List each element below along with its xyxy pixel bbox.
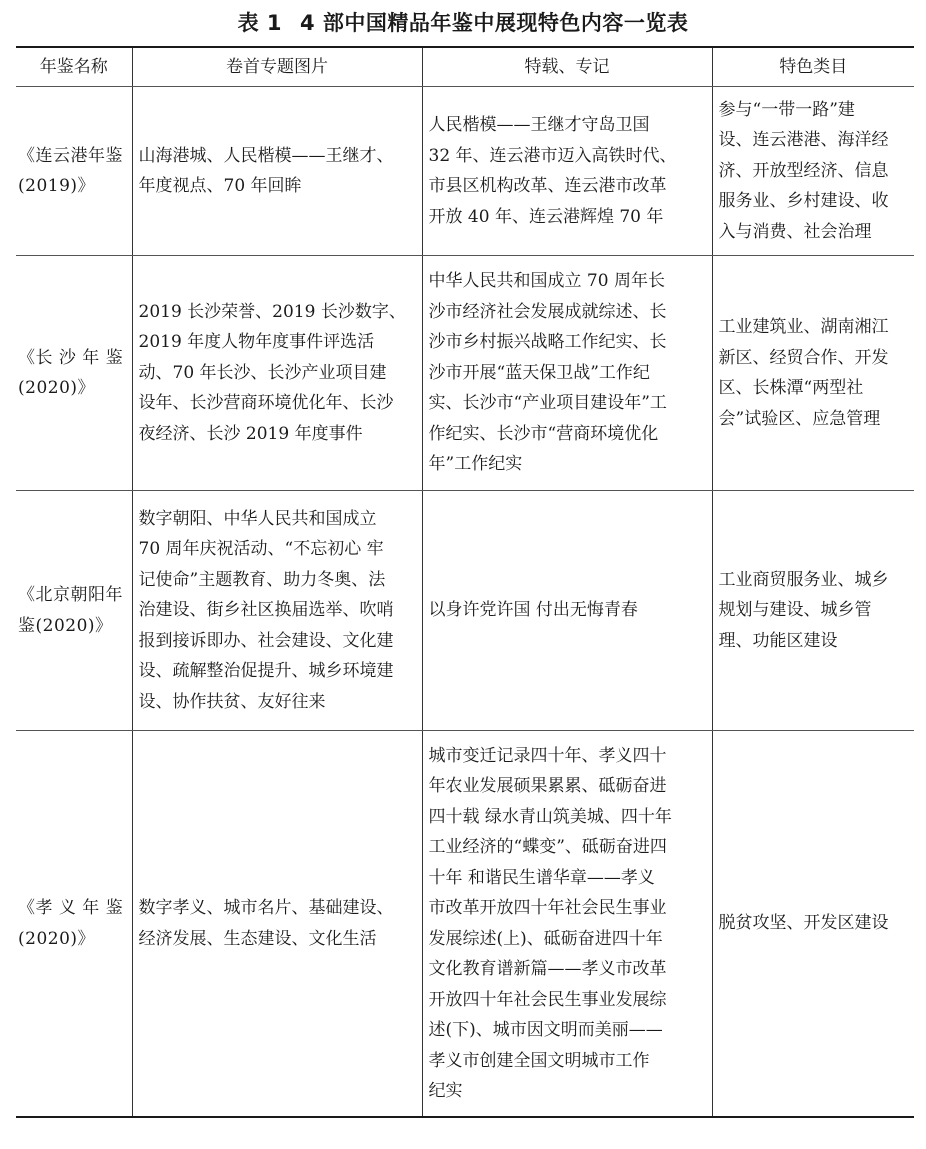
header-special-features: 特载、专记 <box>422 47 712 87</box>
features-cell: 城市变迁记录四十年、孝义四十 年农业发展硕果累累、砥砺奋进 四十载 绿水青山筑美… <box>422 731 712 1118</box>
categories-cell: 工业商贸服务业、城乡 规划与建设、城乡管 理、功能区建设 <box>712 491 914 731</box>
header-feature-categories: 特色类目 <box>712 47 914 87</box>
header-yearbook-name: 年鉴名称 <box>16 47 132 87</box>
yearbook-name-cell: 《连云港年鉴 (2019)》 <box>16 87 132 256</box>
categories-cell: 参与“一带一路”建 设、连云港港、海洋经 济、开放型经济、信息 服务业、乡村建设… <box>712 87 914 256</box>
table-row: 《长 沙 年 鉴 (2020)》 2019 长沙荣誉、2019 长沙数字、 20… <box>16 256 914 491</box>
table-row: 《北京朝阳年 鉴(2020)》 数字朝阳、中华人民共和国成立 70 周年庆祝活动… <box>16 491 914 731</box>
yearbook-name-cell: 《北京朝阳年 鉴(2020)》 <box>16 491 132 731</box>
yearbook-name-cell: 《长 沙 年 鉴 (2020)》 <box>16 256 132 491</box>
features-cell: 以身许党许国 付出无悔青春 <box>422 491 712 731</box>
pictures-cell: 2019 长沙荣誉、2019 长沙数字、 2019 年度人物年度事件评选活 动、… <box>132 256 422 491</box>
table-number: 表 1 <box>238 11 282 35</box>
categories-cell: 工业建筑业、湖南湘江 新区、经贸合作、开发 区、长株潭“两型社 会”试验区、应急… <box>712 256 914 491</box>
table-row: 《连云港年鉴 (2019)》 山海港城、人民楷模——王继才、 年度视点、70 年… <box>16 87 914 256</box>
yearbook-features-table: 年鉴名称 卷首专题图片 特载、专记 特色类目 《连云港年鉴 (2019)》 山海… <box>16 46 914 1118</box>
table-row: 《孝 义 年 鉴 (2020)》 数字孝义、城市名片、基础建设、 经济发展、生态… <box>16 731 914 1118</box>
categories-cell: 脱贫攻坚、开发区建设 <box>712 731 914 1118</box>
pictures-cell: 数字孝义、城市名片、基础建设、 经济发展、生态建设、文化生活 <box>132 731 422 1118</box>
header-row: 年鉴名称 卷首专题图片 特载、专记 特色类目 <box>16 47 914 87</box>
table-title: 4 部中国精品年鉴中展现特色内容一览表 <box>300 11 688 35</box>
pictures-cell: 山海港城、人民楷模——王继才、 年度视点、70 年回眸 <box>132 87 422 256</box>
header-front-pictures: 卷首专题图片 <box>132 47 422 87</box>
features-cell: 中华人民共和国成立 70 周年长 沙市经济社会发展成就综述、长 沙市乡村振兴战略… <box>422 256 712 491</box>
features-cell: 人民楷模——王继才守岛卫国 32 年、连云港市迈入高铁时代、 市县区机构改革、连… <box>422 87 712 256</box>
pictures-cell: 数字朝阳、中华人民共和国成立 70 周年庆祝活动、“不忘初心 牢 记使命”主题教… <box>132 491 422 731</box>
yearbook-name-cell: 《孝 义 年 鉴 (2020)》 <box>16 731 132 1118</box>
table-caption: 表 14 部中国精品年鉴中展现特色内容一览表 <box>0 6 926 40</box>
